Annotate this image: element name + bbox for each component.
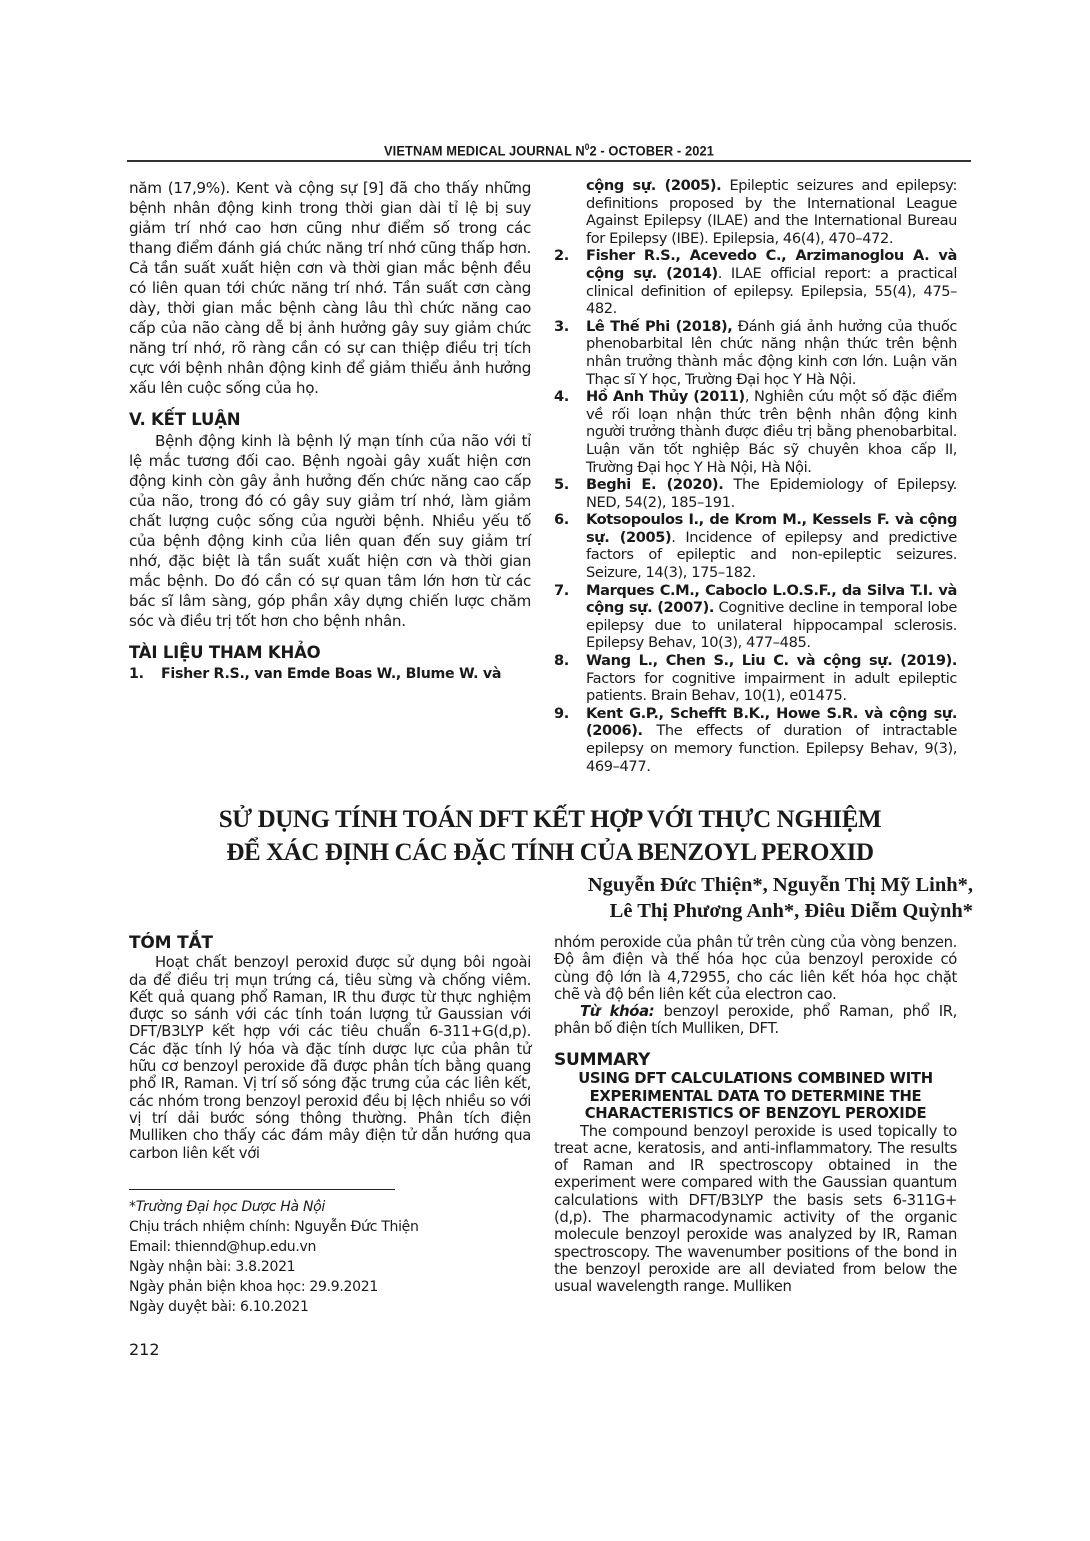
header-rule xyxy=(127,160,971,162)
discussion-tail-paragraph: năm (17,9%). Kent và cộng sự [9] đã cho … xyxy=(129,178,531,398)
article-title: SỬ DỤNG TÍNH TOÁN DFT KẾT HỢP VỚI THỰC N… xyxy=(128,803,972,869)
reference-authors: Fisher R.S., van Emde Boas W., Blume W. … xyxy=(161,666,501,682)
abstract-vi-paragraph: Hoạt chất benzoyl peroxid được sử dụng b… xyxy=(129,954,531,1162)
reference-authors: Lê Thế Phi (2018), xyxy=(586,318,732,335)
review-date: Ngày phản biện khoa học: 29.9.2021 xyxy=(129,1277,531,1297)
reference-number: 2. xyxy=(554,247,569,265)
reference-number: 4. xyxy=(554,388,569,406)
conclusion-heading: V. KẾT LUẬN xyxy=(129,410,531,430)
affiliation-note: *Trường Đại học Dược Hà Nội xyxy=(129,1197,531,1217)
abstract-heading: TÓM TẮT xyxy=(129,935,531,952)
abstract-left-column: TÓM TẮT Hoạt chất benzoyl peroxid được s… xyxy=(129,935,531,1162)
reference-item: 8.Wang L., Chen S., Liu C. và cộng sự. (… xyxy=(554,652,957,705)
reference-list: cộng sự. (2005). Epileptic seizures and … xyxy=(554,177,957,775)
reference-number: 5. xyxy=(554,476,569,494)
abstract-vi-continued: nhóm peroxide của phân tử trên cùng của … xyxy=(554,934,957,1003)
summary-paragraph: The compound benzoyl peroxide is used to… xyxy=(554,1123,957,1296)
reference-number: 3. xyxy=(554,318,569,336)
footnotes: *Trường Đại học Dược Hà Nội Chịu trách n… xyxy=(129,1197,531,1317)
reference-number: 7. xyxy=(554,582,569,600)
article-title-line-2: ĐỂ XÁC ĐỊNH CÁC ĐẶC TÍNH CỦA BENZOYL PER… xyxy=(128,836,972,869)
keywords-label: Từ khóa: xyxy=(580,1003,654,1020)
reference-item: 3.Lê Thế Phi (2018), Đánh giá ảnh hưởng … xyxy=(554,318,957,388)
reference-item: 9.Kent G.P., Schefft B.K., Howe S.R. và … xyxy=(554,705,957,775)
footnote-rule xyxy=(129,1189,395,1190)
article-title-line-1: SỬ DỤNG TÍNH TOÁN DFT KẾT HỢP VỚI THỰC N… xyxy=(128,803,972,836)
references-right-column: cộng sự. (2005). Epileptic seizures and … xyxy=(554,177,957,775)
page-number: 212 xyxy=(129,1340,160,1359)
authors-line-1: Nguyễn Đức Thiện*, Nguyễn Thị Mỹ Linh*, xyxy=(588,872,973,898)
reference-item: 7.Marques C.M., Caboclo L.O.S.F., da Sil… xyxy=(554,582,957,652)
reference-text: Factors for cognitive impairment in adul… xyxy=(586,670,957,705)
reference-item: 4.Hồ Anh Thủy (2011), Nghiên cứu một số … xyxy=(554,388,957,476)
reference-authors: Hồ Anh Thủy (2011) xyxy=(586,388,745,405)
previous-article-left-column: năm (17,9%). Kent và cộng sự [9] đã cho … xyxy=(129,178,531,684)
references-heading: TÀI LIỆU THAM KHẢO xyxy=(129,643,531,663)
reference-number: 6. xyxy=(554,511,569,529)
summary-heading: SUMMARY xyxy=(554,1052,957,1069)
issue-date: 2 - OCTOBER - 2021 xyxy=(589,143,714,159)
reference-number: 8. xyxy=(554,652,569,670)
reference-1-start: 1.Fisher R.S., van Emde Boas W., Blume W… xyxy=(129,664,531,684)
reference-number: 1. xyxy=(129,664,161,684)
summary-title: USING DFT CALCULATIONS COMBINED WITH EXP… xyxy=(554,1070,957,1123)
journal-name: VIETNAM MEDICAL JOURNAL N xyxy=(384,143,585,159)
reference-number: 9. xyxy=(554,705,569,723)
abstract-right-column: nhóm peroxide của phân tử trên cùng của … xyxy=(554,934,957,1296)
reference-authors: cộng sự. (2005). xyxy=(586,177,721,194)
accepted-date: Ngày duyệt bài: 6.10.2021 xyxy=(129,1297,531,1317)
reference-item: 2.Fisher R.S., Acevedo C., Arzimanoglou … xyxy=(554,247,957,317)
reference-item: 6.Kotsopoulos I., de Krom M., Kessels F.… xyxy=(554,511,957,581)
reference-authors: Beghi E. (2020). xyxy=(586,476,723,493)
article-authors: Nguyễn Đức Thiện*, Nguyễn Thị Mỹ Linh*, … xyxy=(588,872,973,924)
reference-item: 5.Beghi E. (2020). The Epidemiology of E… xyxy=(554,476,957,511)
running-header: VIETNAM MEDICAL JOURNAL N02 - OCTOBER - … xyxy=(161,142,937,159)
keywords-paragraph: Từ khóa: benzoyl peroxide, phổ Raman, ph… xyxy=(554,1003,957,1038)
responsible-author: Chịu trách nhiệm chính: Nguyễn Đức Thiện xyxy=(129,1217,531,1237)
reference-item-1-cont: cộng sự. (2005). Epileptic seizures and … xyxy=(554,177,957,247)
reference-authors: Wang L., Chen S., Liu C. và cộng sự. (20… xyxy=(586,652,957,669)
contact-email: Email: thiennd@hup.edu.vn xyxy=(129,1237,531,1257)
authors-line-2: Lê Thị Phương Anh*, Điêu Diễm Quỳnh* xyxy=(588,898,973,924)
received-date: Ngày nhận bài: 3.8.2021 xyxy=(129,1257,531,1277)
conclusion-paragraph: Bệnh động kinh là bệnh lý mạn tính của n… xyxy=(129,431,531,631)
